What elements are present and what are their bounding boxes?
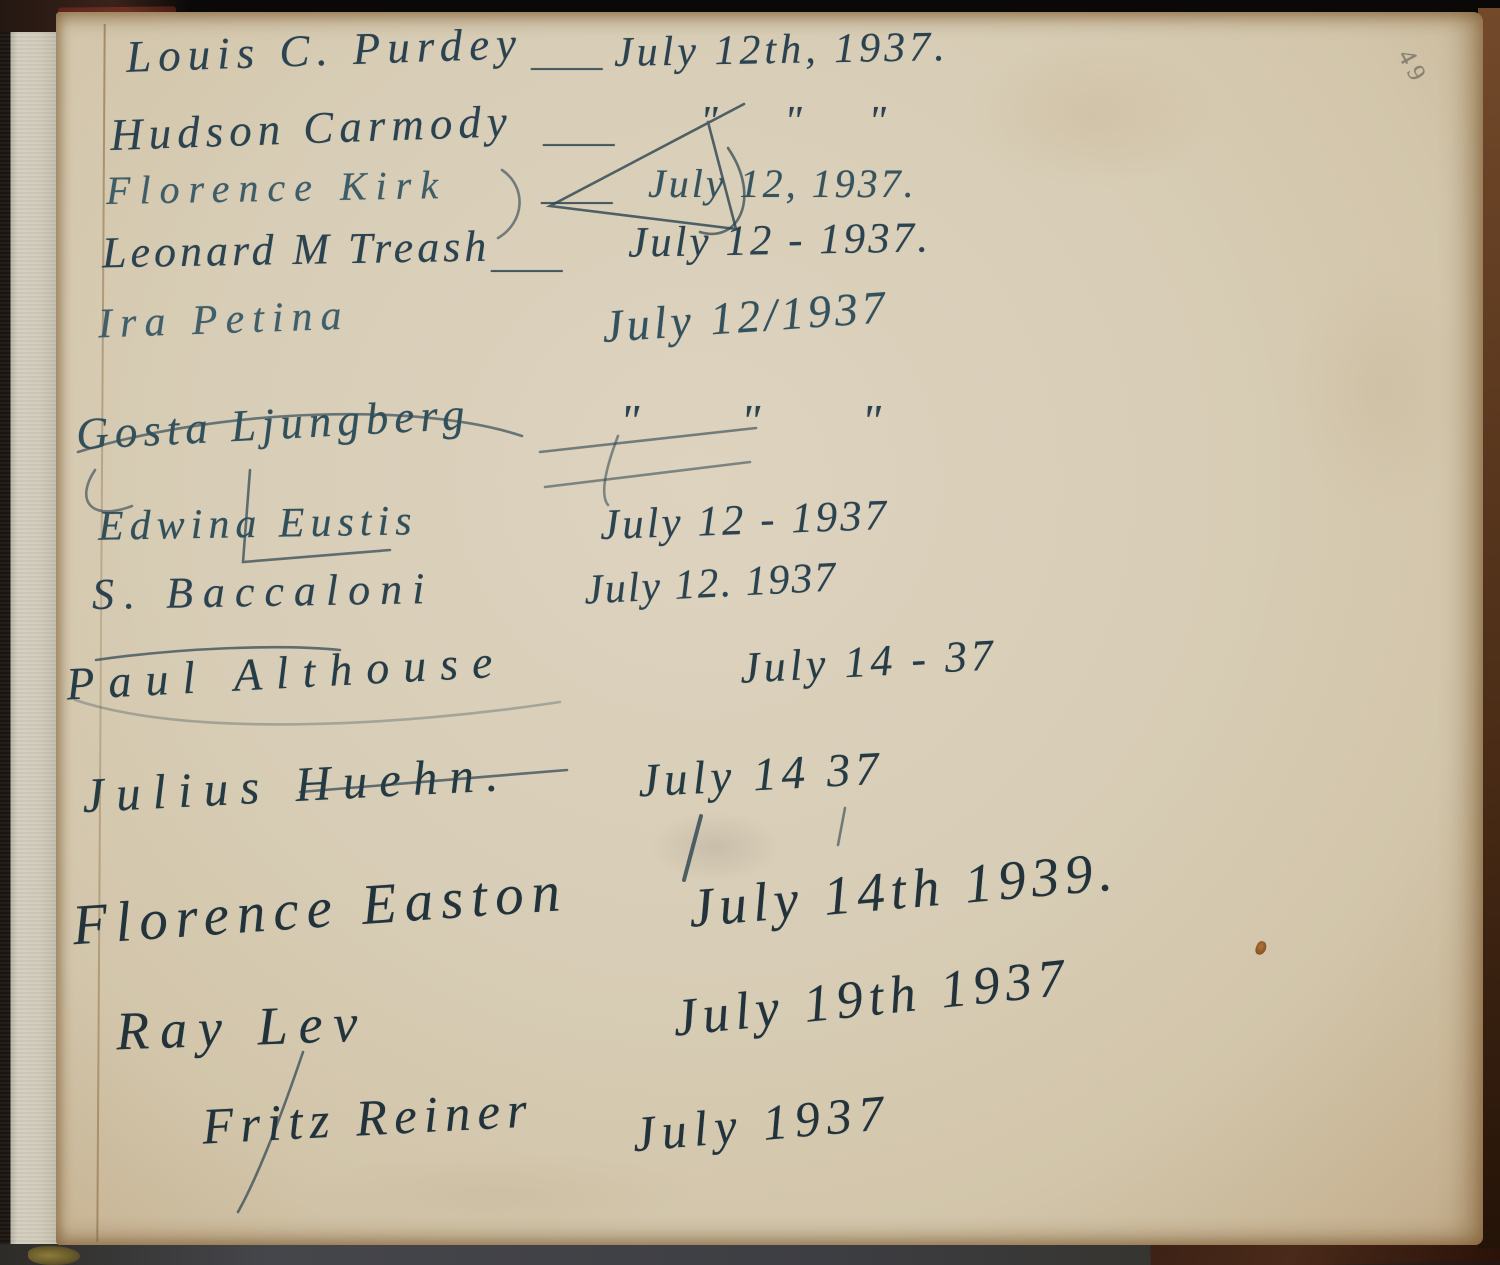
signature-name: Leonard M Treash bbox=[102, 221, 491, 279]
signature-name: S. Baccaloni bbox=[92, 563, 435, 620]
binding-cloth-edge bbox=[0, 24, 58, 1244]
entry-dash: — bbox=[541, 178, 612, 222]
cover-speck bbox=[28, 1246, 80, 1265]
entry-date: July 12 - 1937 bbox=[599, 491, 890, 550]
entry-date-ditto: " " " bbox=[700, 98, 886, 146]
entry-date: July 12th, 1937. bbox=[614, 23, 949, 77]
signature-name: Ray Lev bbox=[115, 992, 369, 1063]
entry-dash: — bbox=[491, 246, 562, 290]
entry-dash: — bbox=[543, 120, 614, 164]
entry-date-ditto: " " " bbox=[620, 394, 881, 447]
signature-name: Florence Kirk bbox=[106, 161, 448, 214]
signature-name: Edwina Eustis bbox=[98, 497, 418, 551]
guestbook-scan: 49 Louis C. Purdey — July 12th, 1937. Hu… bbox=[0, 0, 1500, 1265]
entry-dash: — bbox=[531, 44, 602, 88]
signature-name: Ira Petina bbox=[97, 292, 350, 349]
entry-date: July 12 - 1937. bbox=[628, 213, 932, 267]
entry-date: July 12, 1937. bbox=[648, 160, 917, 207]
